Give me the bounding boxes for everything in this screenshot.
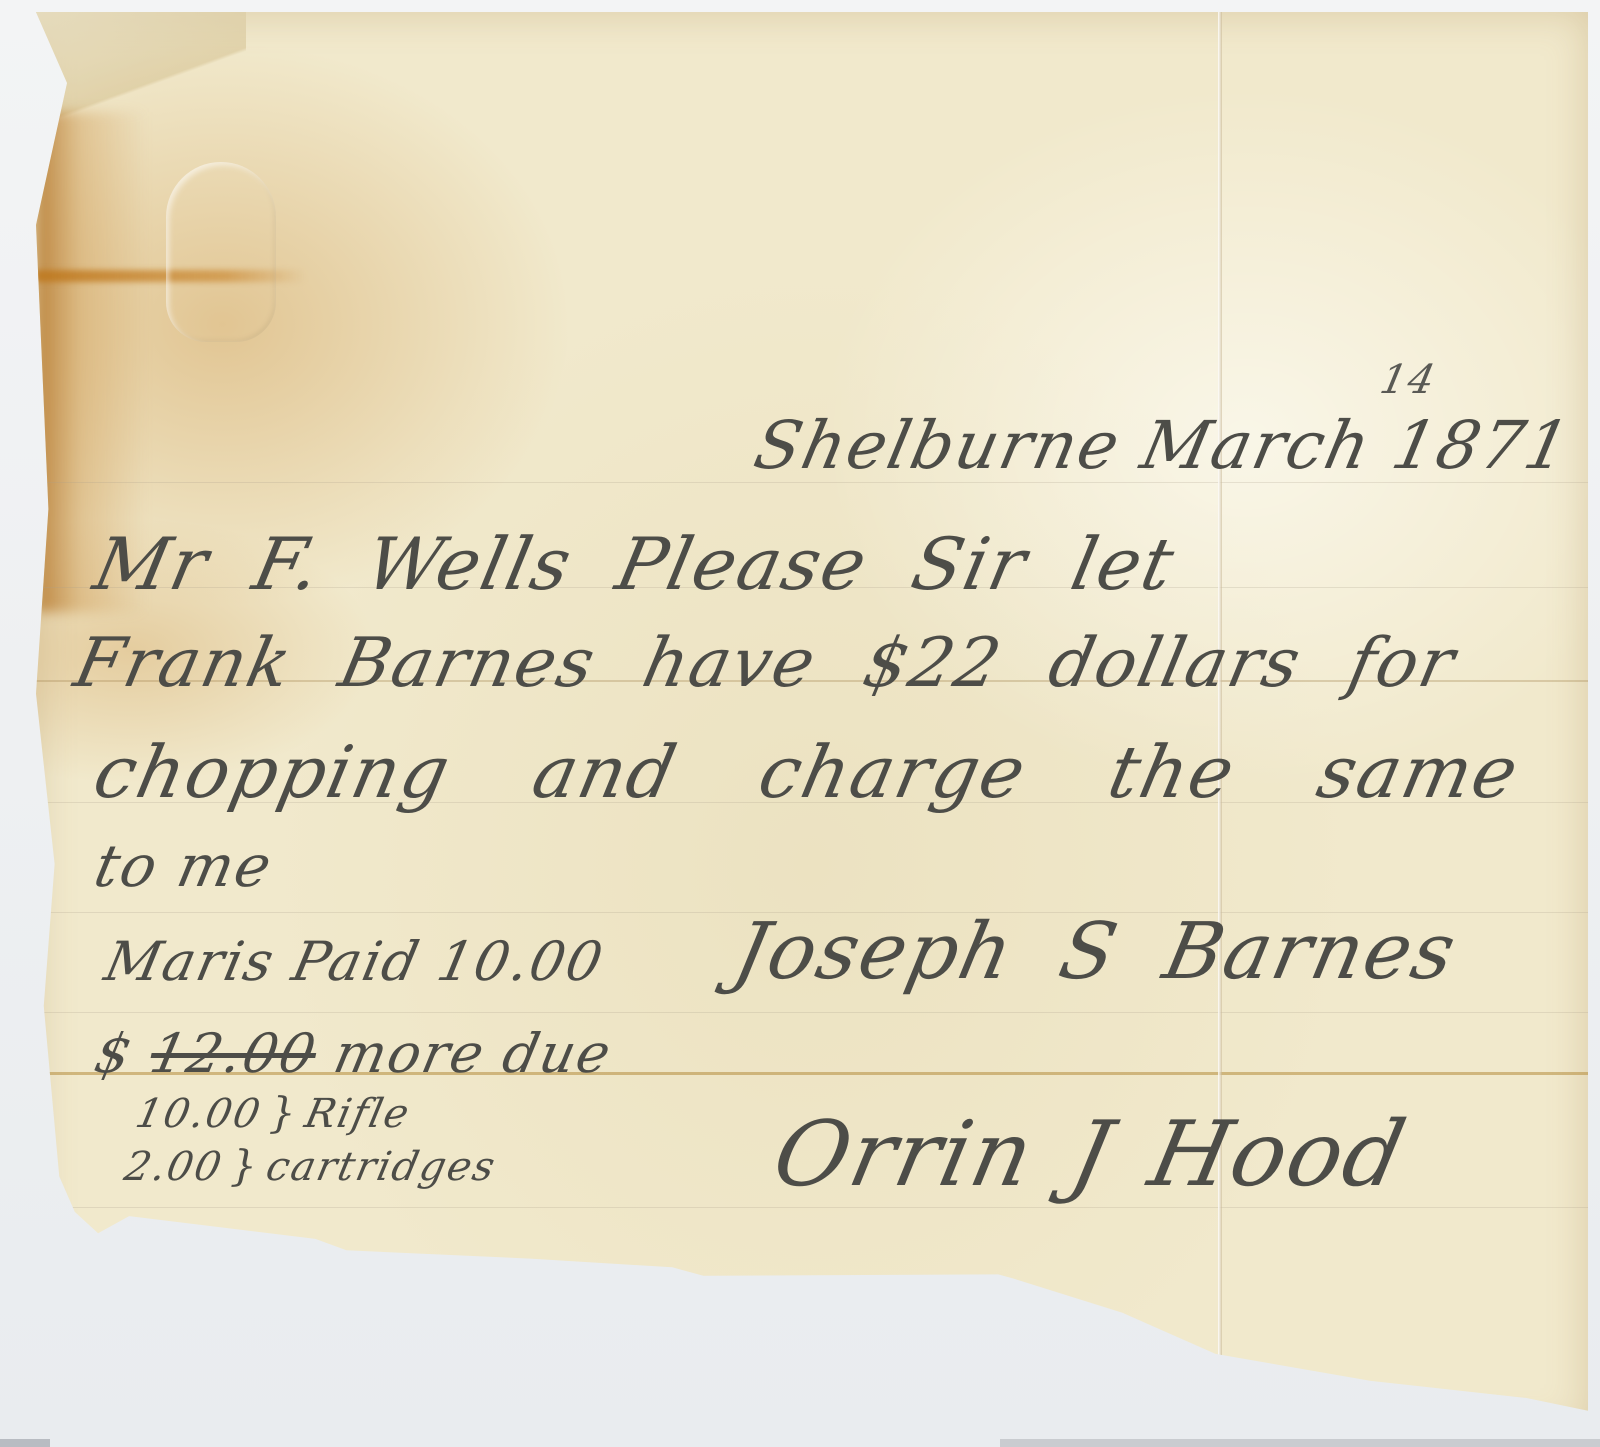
item-amount: 10.00 — [132, 1091, 266, 1137]
fold-crease-vertical — [1218, 12, 1222, 1432]
embossed-seal-icon — [166, 162, 276, 342]
ruled-line — [36, 1207, 1588, 1208]
due-struck-amount: 12.00 — [145, 1022, 323, 1085]
brace-icon: } — [264, 1088, 303, 1137]
place-date-heading: Shelburne March 1871 — [748, 407, 1578, 484]
item-label: Rifle — [301, 1091, 415, 1137]
body-line-2: Frank Barnes have $22 dollars for — [68, 624, 1463, 703]
body-line-1: Mr F. Wells Please Sir let — [87, 522, 1183, 606]
ruled-line — [36, 1012, 1588, 1013]
page-number: 14 — [1376, 357, 1441, 403]
body-line-3: chopping and charge the same — [87, 730, 1527, 814]
item-amount: 2.00 — [120, 1144, 227, 1190]
item-row: 10.00}Rifle — [131, 1087, 513, 1140]
item-row: 2.00}cartridges — [120, 1140, 502, 1193]
signature-joseph-barnes: Joseph S Barnes — [726, 907, 1464, 997]
scanner-clip — [0, 1439, 50, 1447]
margin-note-items: 10.00}Rifle 2.00}cartridges — [120, 1087, 513, 1193]
due-currency: $ — [89, 1022, 139, 1085]
scanner-edge — [1000, 1439, 1600, 1447]
signature-orrin-hood: Orrin J Hood — [765, 1102, 1416, 1207]
body-line-4: to me — [89, 832, 279, 900]
document-paper: 14 Shelburne March 1871 Mr F. Wells Plea… — [36, 12, 1588, 1432]
margin-note-paid: Maris Paid 10.00 — [99, 930, 610, 993]
brace-icon: } — [225, 1141, 264, 1190]
margin-note-due: $ 12.00 more due — [89, 1022, 618, 1085]
due-text: more due — [329, 1022, 618, 1085]
item-label: cartridges — [262, 1144, 501, 1190]
